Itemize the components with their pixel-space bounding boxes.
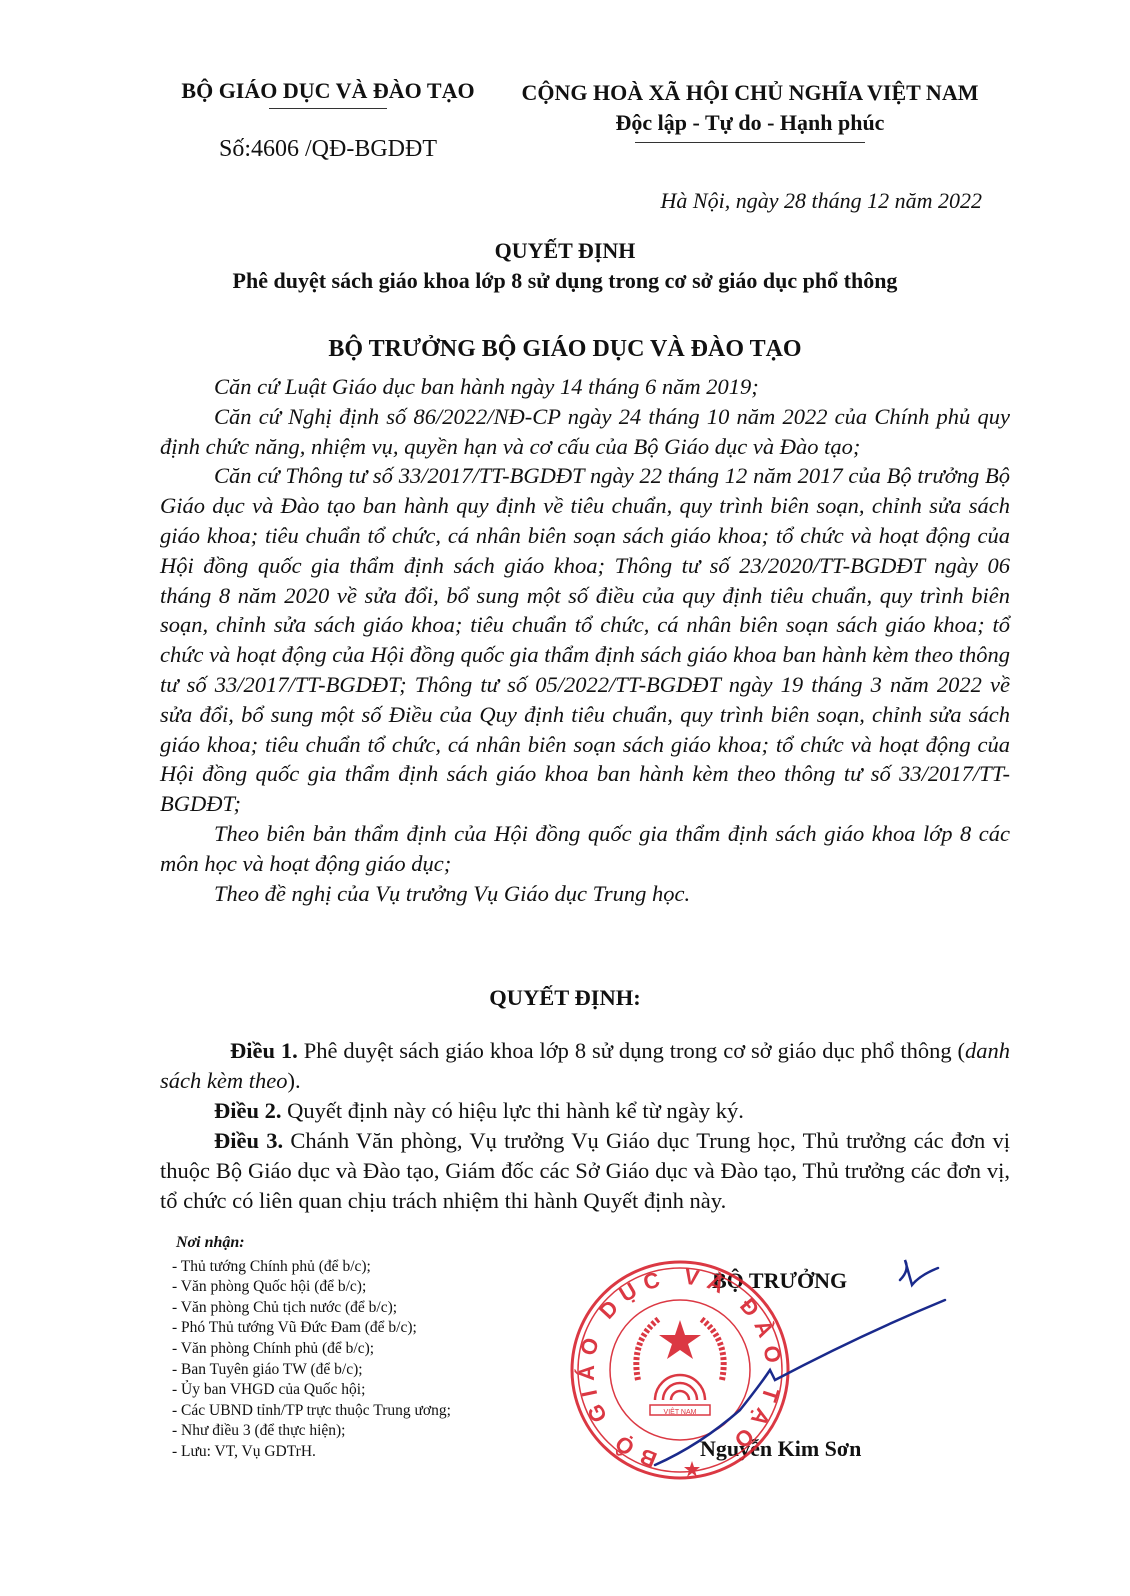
document-subject: Phê duyệt sách giáo khoa lớp 8 sử dụng t… — [0, 268, 1130, 294]
emblem-gear — [655, 1375, 705, 1400]
ministry-underline — [269, 108, 387, 109]
recipient-item: - Lưu: VT, Vụ GDTrH. — [172, 1442, 451, 1463]
issuing-authority: BỘ TRƯỞNG BỘ GIÁO DỤC VÀ ĐÀO TẠO — [0, 336, 1130, 363]
small-star-icon — [684, 1461, 700, 1477]
country-name: CỘNG HOÀ XÃ HỘI CHỦ NGHĨA VIỆT NAM — [510, 78, 990, 108]
recipient-item: - Như điều 3 (để thực hiện); — [172, 1421, 451, 1442]
article-text: Chánh Văn phòng, Vụ trưởng Vụ Giáo dục T… — [160, 1128, 1010, 1213]
recipient-item: - Các UBND tỉnh/TP trực thuộc Trung ương… — [172, 1401, 451, 1422]
article-label: Điều 1. — [230, 1038, 298, 1063]
stamp-outer-ring — [572, 1262, 788, 1478]
document-type: QUYẾT ĐỊNH — [0, 238, 1130, 264]
article-3: Điều 3. Chánh Văn phòng, Vụ trưởng Vụ Gi… — [160, 1126, 1010, 1216]
recipient-item: - Ủy ban VHGD của Quốc hội; — [172, 1380, 451, 1401]
recipient-item: - Ban Tuyên giáo TW (để b/c); — [172, 1360, 451, 1381]
preamble-item: Căn cứ Thông tư số 33/2017/TT-BGDĐT ngày… — [160, 461, 1010, 819]
preamble-item: Theo đề nghị của Vụ trưởng Vụ Giáo dục T… — [160, 879, 1010, 909]
stamp-text: BỘ GIÁO DỤC VÀ ĐÀO TẠO — [574, 1264, 787, 1473]
article-tail: ). — [287, 1068, 300, 1093]
ministry-label: BỘ GIÁO DỤC VÀ ĐÀO TẠO — [181, 78, 474, 103]
recipient-item: - Văn phòng Chủ tịch nước (để b/c); — [172, 1298, 451, 1319]
articles: Điều 1. Phê duyệt sách giáo khoa lớp 8 s… — [160, 1036, 1010, 1216]
ministry-name: BỘ GIÁO DỤC VÀ ĐÀO TẠO — [168, 78, 488, 109]
article-label: Điều 2. — [214, 1098, 282, 1123]
article-2: Điều 2. Quyết định này có hiệu lực thi h… — [160, 1096, 1010, 1126]
stamp-inner-text: VIỆT NAM — [664, 1407, 697, 1416]
recipients-label: Nơi nhận: — [176, 1233, 451, 1254]
article-text: Quyết định này có hiệu lực thi hành kể t… — [282, 1098, 744, 1123]
star-icon — [659, 1320, 701, 1359]
preamble-item: Căn cứ Nghị định số 86/2022/NĐ-CP ngày 2… — [160, 402, 1010, 462]
place-date: Hà Nội, ngày 28 tháng 12 năm 2022 — [661, 188, 982, 214]
national-motto: Độc lập - Tự do - Hạnh phúc — [510, 108, 990, 138]
recipient-item: - Văn phòng Chính phủ (để b/c); — [172, 1339, 451, 1360]
recipient-item: - Thủ tướng Chính phủ (để b/c); — [172, 1257, 451, 1278]
recipients: Nơi nhận: - Thủ tướng Chính phủ (để b/c)… — [172, 1233, 451, 1463]
document-number: Số:4606 /QĐ-BGDĐT — [168, 136, 488, 163]
article-1: Điều 1. Phê duyệt sách giáo khoa lớp 8 s… — [160, 1036, 1010, 1096]
national-header: CỘNG HOÀ XÃ HỘI CHỦ NGHĨA VIỆT NAM Độc l… — [510, 78, 990, 143]
article-text: Phê duyệt sách giáo khoa lớp 8 sử dụng t… — [298, 1038, 965, 1063]
stamp-arc-text: BỘ GIÁO DỤC VÀ ĐÀO TẠO — [574, 1264, 787, 1473]
official-stamp-icon: BỘ GIÁO DỤC VÀ ĐÀO TẠO VIỆT NAM — [560, 1250, 980, 1490]
article-label: Điều 3. — [214, 1128, 283, 1153]
decision-heading: QUYẾT ĐỊNH: — [0, 985, 1130, 1011]
preamble-item: Theo biên bản thẩm định của Hội đồng quố… — [160, 819, 1010, 879]
motto-underline — [635, 142, 865, 143]
recipient-item: - Phó Thủ tướng Vũ Đức Đam (để b/c); — [172, 1318, 451, 1339]
recipient-item: - Văn phòng Quốc hội (để b/c); — [172, 1277, 451, 1298]
preamble: Căn cứ Luật Giáo dục ban hành ngày 14 th… — [160, 372, 1010, 908]
preamble-item: Căn cứ Luật Giáo dục ban hành ngày 14 th… — [160, 372, 1010, 402]
